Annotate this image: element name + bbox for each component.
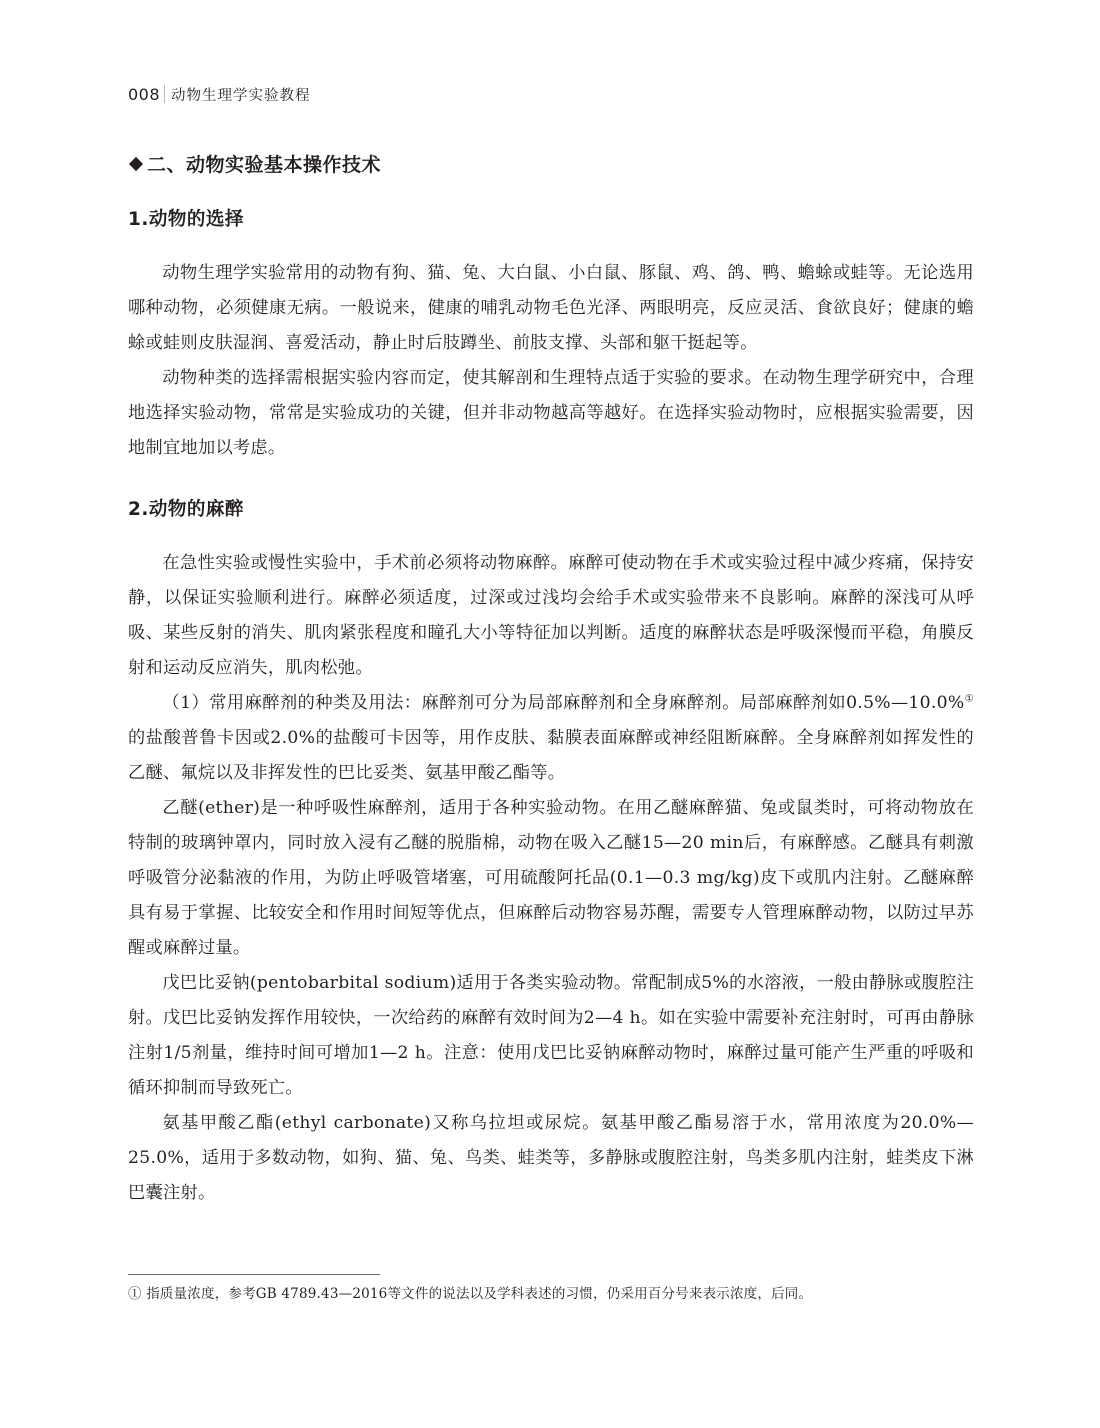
running-header: 008 动物生理学实验教程 — [128, 82, 311, 106]
paragraph: 在急性实验或慢性实验中，手术前必须将动物麻醉。麻醉可使动物在手术或实验过程中减少… — [128, 546, 974, 686]
paragraph: 动物生理学实验常用的动物有狗、猫、兔、大白鼠、小白鼠、豚鼠、鸡、鸽、鸭、蟾蜍或蛙… — [128, 256, 974, 361]
paragraph-pentobarbital: 戊巴比妥钠(pentobarbital sodium)适用于各类实验动物。常配制… — [128, 966, 974, 1106]
book-title: 动物生理学实验教程 — [171, 84, 311, 105]
paragraph-urethane: 氨基甲酸乙酯(ethyl carbonate)又称乌拉坦或尿烷。氨基甲酸乙酯易溶… — [128, 1106, 974, 1211]
section-title-text: 二、动物实验基本操作技术 — [147, 150, 381, 177]
footnote: ① 指质量浓度，参考GB 4789.43—2016等文件的说法以及学科表述的习惯… — [128, 1284, 974, 1304]
header-divider — [164, 85, 165, 103]
footnote-divider — [128, 1274, 380, 1275]
paragraph: 动物种类的选择需根据实验内容而定，使其解剖和生理特点适于实验的要求。在动物生理学… — [128, 361, 974, 466]
paragraph-anesthetic-types: （1）常用麻醉剂的种类及用法：麻醉剂可分为局部麻醉剂和全身麻醉剂。局部麻醉剂如0… — [128, 686, 974, 791]
paragraph-ether: 乙醚(ether)是一种呼吸性麻醉剂，适用于各种实验动物。在用乙醚麻醉猫、兔或鼠… — [128, 791, 974, 966]
subheading-animal-anesthesia: 2.动物的麻醉 — [128, 495, 244, 521]
paragraph-text: （1）常用麻醉剂的种类及用法：麻醉剂可分为局部麻醉剂和全身麻醉剂。局部麻醉剂如0… — [162, 693, 964, 713]
diamond-bullet-icon — [129, 156, 143, 170]
footnote-marker[interactable]: ① — [965, 693, 974, 704]
subheading-animal-selection: 1.动物的选择 — [128, 205, 244, 231]
paragraph-text: 的盐酸普鲁卡因或2.0%的盐酸可卡因等，用作皮肤、黏膜表面麻醉或神经阻断麻醉。全… — [128, 728, 974, 783]
section-heading: 二、动物实验基本操作技术 — [128, 150, 381, 177]
page-number: 008 — [128, 85, 160, 104]
